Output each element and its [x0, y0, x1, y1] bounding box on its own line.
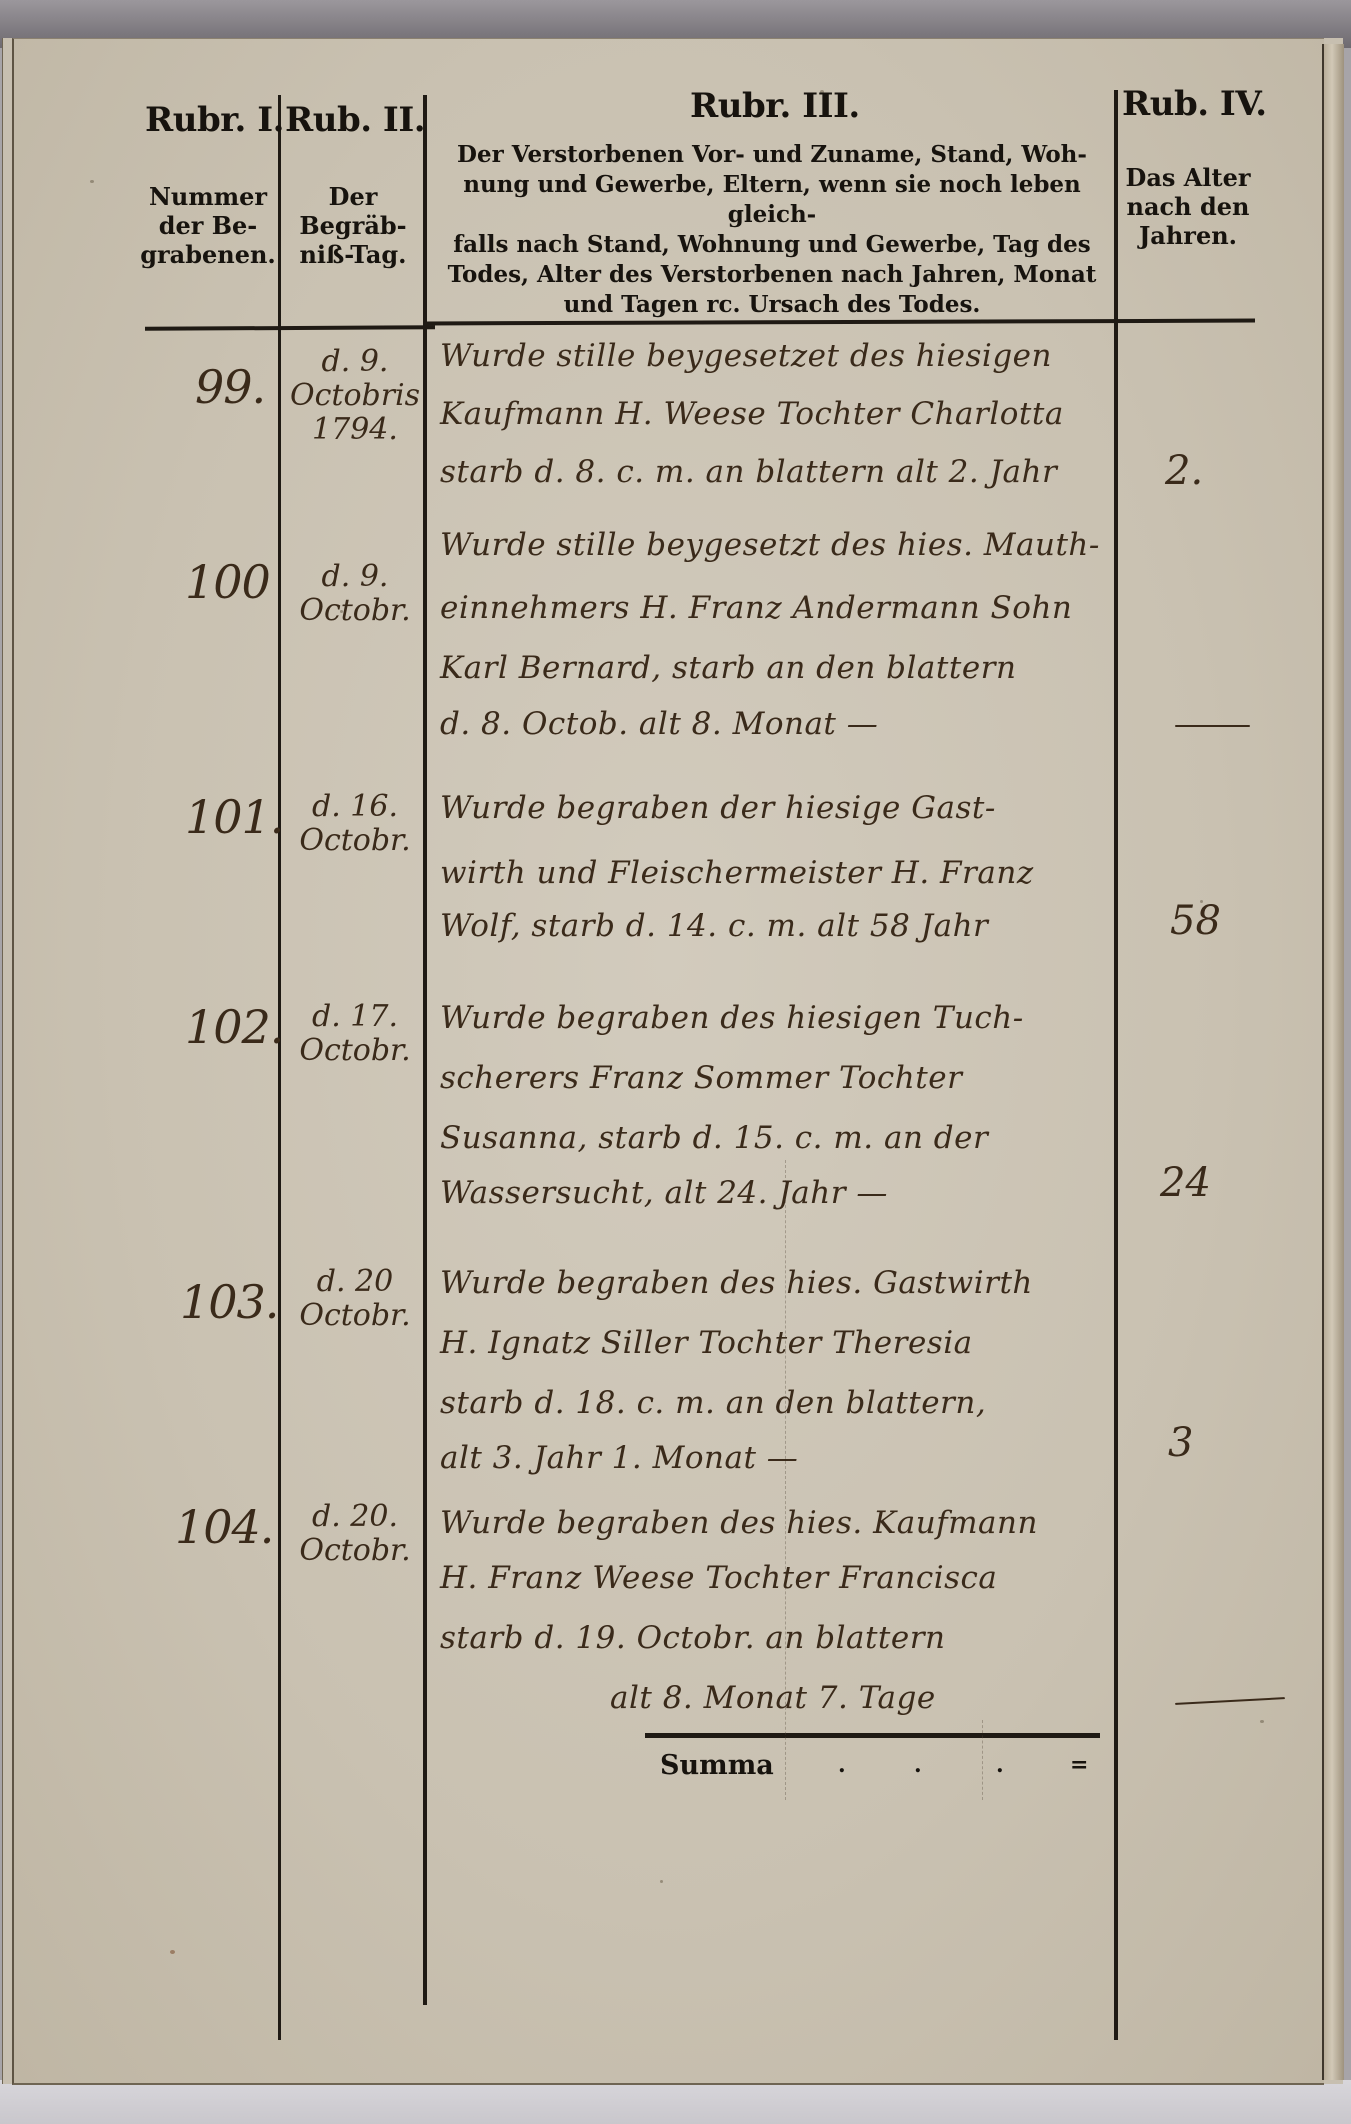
- date-line: d. 20.: [290, 1500, 420, 1534]
- entry-text-line: Susanna, starb d. 15. c. m. an der: [440, 1120, 988, 1156]
- paper-speck: [170, 1950, 175, 1954]
- age-years: 58: [1170, 898, 1221, 944]
- rubr-2-line: Begräb-: [282, 211, 424, 240]
- rubr-1-line: Nummer: [138, 182, 278, 211]
- entry-text-line: d. 8. Octob. alt 8. Monat —: [440, 706, 878, 742]
- entry-number: 101.: [185, 790, 283, 844]
- burial-date: d. 9. Octobris 1794.: [290, 345, 420, 447]
- date-line: Octobr.: [290, 824, 420, 858]
- entry-number: 103.: [180, 1275, 278, 1329]
- date-line: Octobr.: [290, 1299, 420, 1333]
- date-line: d. 9.: [290, 560, 420, 594]
- rubr-3-line: und Tagen rc. Ursach des Todes.: [430, 290, 1114, 320]
- rubr-4-line: nach den: [1118, 192, 1258, 221]
- paper-speck: [90, 180, 94, 183]
- entry-text-line: Wurde begraben des hiesigen Tuch-: [440, 1000, 1024, 1036]
- rubr-2-title: Rub. II.: [285, 100, 425, 140]
- entry-text-line: Wurde stille beygesetzt des hies. Mauth-: [440, 527, 1100, 563]
- column-divider-2-3: [423, 95, 427, 2005]
- rubr-1-title: Rubr. I.: [145, 100, 284, 140]
- faint-guide-line: [982, 1720, 983, 1800]
- rubr-2-line: niß-Tag.: [282, 240, 424, 269]
- rubr-3-line: Der Verstorbenen Vor- und Zuname, Stand,…: [430, 140, 1114, 170]
- age-years: 3: [1168, 1420, 1193, 1466]
- summa-dot: =: [1070, 1752, 1088, 1778]
- entry-text-line: starb d. 19. Octobr. an blattern: [440, 1620, 946, 1656]
- rubr-3-title: Rubr. III.: [690, 86, 860, 126]
- rubr-3-line: Todes, Alter des Verstorbenen nach Jahre…: [430, 260, 1114, 290]
- entry-number: 100: [185, 555, 270, 609]
- scan-background-bottom: [0, 2080, 1351, 2124]
- entry-text-line: einnehmers H. Franz Andermann Sohn: [440, 590, 1072, 626]
- entry-text-line: Wurde begraben des hies. Gastwirth: [440, 1265, 1033, 1301]
- age-dash: [1175, 725, 1250, 727]
- column-divider-3-4: [1114, 90, 1118, 2040]
- rubr-3-description: Der Verstorbenen Vor- und Zuname, Stand,…: [430, 140, 1114, 320]
- burial-date: d. 9. Octobr.: [290, 560, 420, 628]
- summa-label: Summa: [660, 1750, 774, 1781]
- entry-text-line: Wurde stille beygesetzet des hiesigen: [440, 338, 1052, 374]
- date-line: d. 9.: [290, 345, 420, 379]
- entry-text-line: Kaufmann H. Weese Tochter Charlotta: [440, 396, 1064, 432]
- burial-date: d. 16. Octobr.: [290, 790, 420, 858]
- paper-speck: [660, 1880, 663, 1883]
- rubr-1-line: der Be-: [138, 211, 278, 240]
- paper-speck: [1260, 1720, 1264, 1723]
- entry-number: 104.: [175, 1500, 273, 1554]
- column-divider-1-2: [278, 95, 281, 2040]
- burial-date: d. 17. Octobr.: [290, 1000, 420, 1068]
- entry-number: 102.: [185, 1000, 283, 1054]
- summa-dot: .: [996, 1752, 1004, 1778]
- rubr-2-description: Der Begräb- niß-Tag.: [282, 182, 424, 269]
- date-line: Octobris: [290, 379, 420, 413]
- rubr-4-title: Rub. IV.: [1122, 84, 1267, 124]
- rubr-4-description: Das Alter nach den Jahren.: [1118, 163, 1258, 250]
- entry-text-line: scherers Franz Sommer Tochter: [440, 1060, 962, 1096]
- entry-text-line: alt 8. Monat 7. Tage: [610, 1680, 936, 1716]
- date-line: Octobr.: [290, 594, 420, 628]
- age-years: 2.: [1165, 448, 1203, 494]
- entry-text-line: Wolf, starb d. 14. c. m. alt 58 Jahr: [440, 908, 988, 944]
- date-line: Octobr.: [290, 1534, 420, 1568]
- entry-text-line: wirth und Fleischermeister H. Franz: [440, 855, 1034, 891]
- entry-number: 99.: [195, 360, 265, 414]
- rubr-4-line: Jahren.: [1118, 221, 1258, 250]
- entry-text-line: starb d. 8. c. m. an blattern alt 2. Jah…: [440, 454, 1057, 490]
- book-binding-edge: [1322, 44, 1344, 2080]
- burial-date: d. 20. Octobr.: [290, 1500, 420, 1568]
- rubr-1-line: grabenen.: [138, 240, 278, 269]
- entry-text-line: Karl Bernard, starb an den blattern: [440, 650, 1016, 686]
- burial-date: d. 20 Octobr.: [290, 1265, 420, 1333]
- age-years: 24: [1160, 1160, 1211, 1206]
- date-line: d. 20: [290, 1265, 420, 1299]
- date-line: d. 16.: [290, 790, 420, 824]
- rubr-3-line: falls nach Stand, Wohnung und Gewerbe, T…: [430, 230, 1114, 260]
- rubr-4-line: Das Alter: [1118, 163, 1258, 192]
- entry-text-line: Wurde begraben des hies. Kaufmann: [440, 1505, 1038, 1541]
- entry-text-line: H. Ignatz Siller Tochter Theresia: [440, 1325, 973, 1361]
- entry-text-line: Wassersucht, alt 24. Jahr —: [440, 1175, 888, 1211]
- date-line: Octobr.: [290, 1034, 420, 1068]
- summa-dot: .: [838, 1752, 846, 1778]
- rubr-2-line: Der: [282, 182, 424, 211]
- date-line: d. 17.: [290, 1000, 420, 1034]
- entry-text-line: starb d. 18. c. m. an den blattern,: [440, 1385, 986, 1421]
- entry-text-line: H. Franz Weese Tochter Francisca: [440, 1560, 997, 1596]
- entry-text-line: alt 3. Jahr 1. Monat —: [440, 1440, 798, 1476]
- summa-rule: [645, 1733, 1100, 1738]
- date-line: 1794.: [290, 413, 420, 447]
- rubr-1-description: Nummer der Be- grabenen.: [138, 182, 278, 269]
- summa-dot: .: [914, 1752, 922, 1778]
- entry-text-line: Wurde begraben der hiesige Gast-: [440, 790, 996, 826]
- rubr-3-line: nung und Gewerbe, Eltern, wenn sie noch …: [430, 170, 1114, 230]
